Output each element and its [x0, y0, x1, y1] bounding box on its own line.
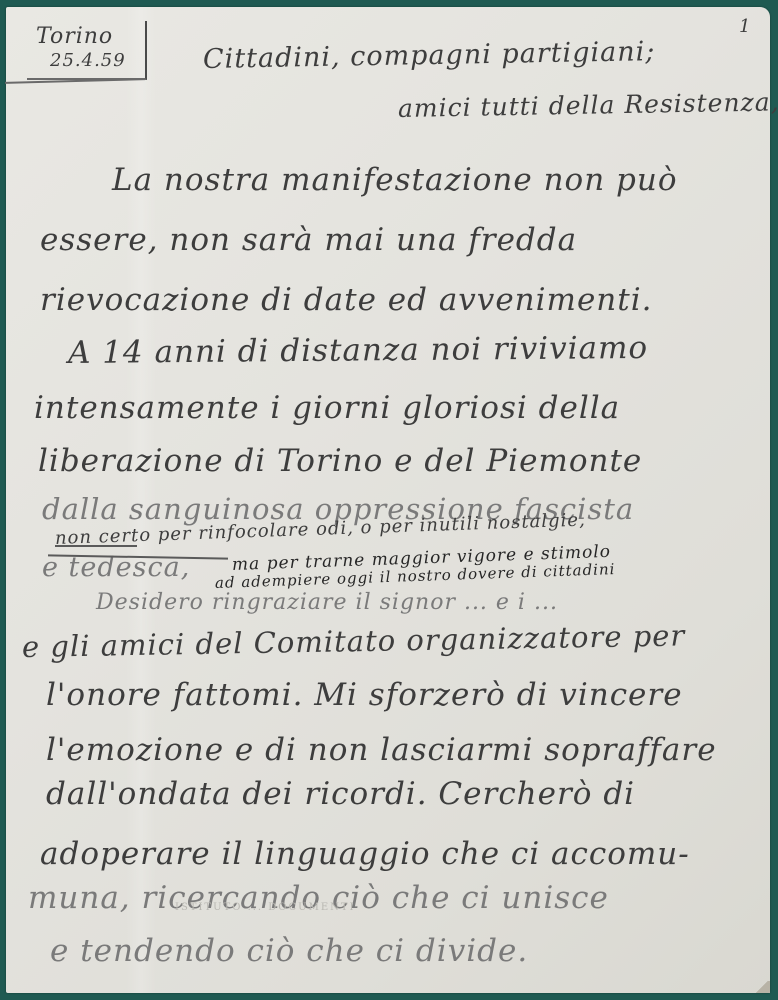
- body-line: e tendendo ciò che ci divide.: [50, 933, 528, 969]
- date-text: 25.4.59: [50, 50, 126, 71]
- page-number: 1: [739, 16, 751, 37]
- strikethrough: [55, 545, 137, 547]
- place-text: Torino: [36, 24, 113, 49]
- body-line: liberazione di Torino e del Piemonte: [38, 443, 642, 479]
- body-line: l'onore fattomi. Mi sforzerò di vincere: [46, 677, 683, 713]
- body-line: rievocazione di date ed avvenimenti.: [40, 282, 652, 318]
- body-line: essere, non sarà mai una fredda: [40, 222, 577, 258]
- insertion-line: Desidero ringraziare il signor ... e i .…: [96, 590, 558, 615]
- body-line: adoperare il linguaggio che ci accomu-: [40, 836, 690, 872]
- faint-archive-stamp: ISTITUTO ... DOCUMENTI: [175, 902, 355, 913]
- body-line: La nostra manifestazione non può: [112, 162, 678, 198]
- body-line: intensamente i giorni gloriosi della: [34, 390, 620, 426]
- body-line: dall'ondata dei ricordi. Cercherò di: [46, 776, 635, 812]
- body-line: A 14 anni di distanza noi riviviamo: [68, 330, 648, 371]
- body-line: l'emozione e di non lasciarmi sopraffare: [46, 732, 717, 768]
